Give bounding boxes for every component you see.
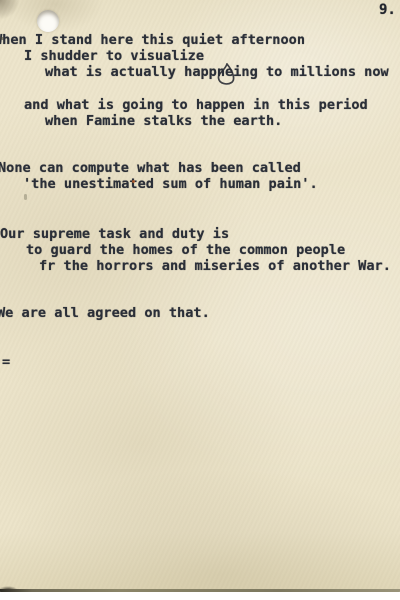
typed-line: I shudder to visualize bbox=[24, 48, 204, 64]
typed-line: When I stand here this quiet afternoon bbox=[0, 32, 305, 48]
typed-line: Our supreme task and duty is bbox=[0, 226, 229, 242]
typed-line: when Famine stalks the earth. bbox=[45, 113, 282, 129]
typed-line: = bbox=[2, 354, 10, 370]
typed-line: 'the unestimated sum of human pain'. bbox=[23, 176, 318, 192]
typed-line: and what is going to happen in this peri… bbox=[24, 97, 368, 113]
punch-hole bbox=[37, 10, 59, 32]
scan-backing bbox=[0, 592, 400, 600]
scanned-typewritten-page: 9. When I stand here this quiet afternoo… bbox=[0, 0, 400, 600]
typed-line: to guard the homes of the common people bbox=[26, 242, 345, 258]
paper-speck bbox=[0, 37, 4, 40]
paper-speck bbox=[132, 180, 135, 183]
typed-line: None can compute what has been called bbox=[0, 160, 301, 176]
paper-sheet bbox=[0, 0, 400, 592]
handwritten-correction-loop-icon bbox=[214, 63, 240, 87]
page-number: 9. bbox=[379, 2, 396, 18]
typed-line: We are all agreed on that. bbox=[0, 305, 210, 321]
typed-line: fr the horrors and miseries of another W… bbox=[39, 258, 391, 274]
paper-speck bbox=[24, 194, 27, 200]
